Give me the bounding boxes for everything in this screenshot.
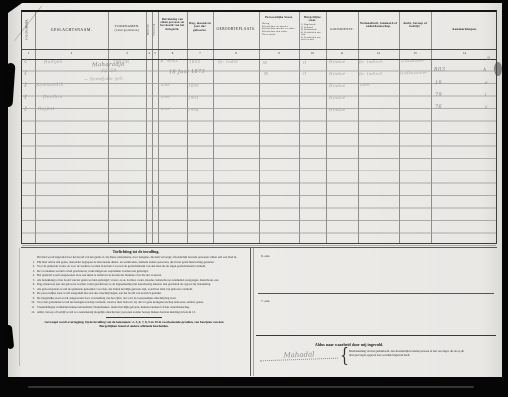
col-header-volgnommer: VOLGNOMMER. (27, 15, 30, 43)
entry-name-c: — Ramdjalie geb. (84, 76, 125, 82)
instructions-title: Toelichting tot de invulling. (36, 249, 236, 254)
entry-surname: Ramjas (44, 60, 63, 65)
col-header-mannelijk: Mannelijk. (148, 16, 151, 42)
col-number: 6 (158, 51, 187, 55)
entry-edge-mark: A (483, 68, 487, 73)
signature: Mahadal (260, 350, 338, 362)
panel-rule-1 (258, 293, 494, 294)
entry-surname: Rajpat (38, 107, 55, 112)
entry-remark: 803 (434, 67, 446, 73)
col-number: 11 (326, 51, 358, 55)
col-number: 9 (259, 51, 299, 55)
col-header-godsdienst: GODSDIENST. (327, 28, 357, 32)
entry-edge-mark: R (487, 57, 491, 62)
entry-occupation: landbouwster (400, 71, 427, 76)
col-header-betrekking: Betrekking van elken persoon tot het hoo… (159, 18, 186, 31)
scanned-register-page: VOLGNOMMER. GESLACHTSNAAM. VOORNAMEN. (v… (0, 0, 508, 397)
entry-remark: 76 (435, 104, 442, 110)
entry-relation: kind (161, 95, 170, 99)
entry-mark: ℓ (24, 93, 27, 101)
panel-rule-2 (256, 335, 496, 336)
col-number: 14 (431, 51, 498, 55)
entry-remark: 18 (435, 80, 442, 86)
entry-birthdate: 1901 (188, 95, 199, 100)
col-number: 12 (358, 51, 399, 55)
col-header-burgerlijke-staat: Burgerlijke staat. (300, 16, 325, 23)
register-table: VOLGNOMMER. GESLACHTSNAAM. VOORNAMEN. (v… (21, 10, 497, 244)
scanner-bed-streak (28, 386, 474, 388)
entry-edge-mark: i (485, 93, 487, 98)
col-header-geboorteplaats: GEBOORTEPLAATS. (214, 27, 258, 31)
entry-pstate: W. (264, 71, 269, 76)
entry-edge-mark: c (485, 105, 488, 110)
col-header-nationaliteit: Nationaliteit, landaard of onderdaanscha… (359, 22, 398, 29)
col-header-persoonlijke-staat: Persoonlijke Staat. (260, 16, 298, 19)
entry-surname: Doolhin (43, 95, 63, 100)
col-header-ambt: Ambt, beroep of bedrijf. (400, 22, 430, 29)
corner-cut-artifact (8, 3, 22, 13)
col-number: 8 (213, 51, 259, 55)
col-header-aanmerkingen: Aanmerkingen. (432, 28, 497, 32)
entry-religion: Hindoe (329, 83, 346, 88)
signature-note: Handteekening van het gezinshoofd, den a… (349, 350, 467, 357)
burgerlijke-staat-options: 1) Ongehuwd. 2) Gehuwd. 3) Weduwstaat. 4… (300, 24, 326, 42)
center-divider-line-2 (253, 248, 254, 376)
entry-relation: kind (161, 83, 170, 87)
entry-birthplace: Br. Indië (218, 59, 238, 64)
entry-birthdate: 18 Juni 1873 (169, 69, 205, 76)
entry-surname: Samsoedth (36, 83, 64, 89)
header-bottom-line (22, 59, 496, 60)
col-header-geslachtsnaam: GESLACHTSNAAM. (36, 28, 107, 32)
entry-nationality: Br. Indisch (359, 71, 383, 77)
entry-nationality: idem (360, 83, 370, 87)
header-separator-line (22, 49, 496, 50)
col-number: 10 (299, 51, 326, 55)
col-number: 2 (35, 51, 108, 55)
entry-relation: M. hoofd (160, 59, 178, 63)
voornamen-sublabel: (voluit geschreven.) (115, 29, 140, 32)
entry-relation: kind (161, 107, 170, 111)
entry-mark: ℓ (24, 57, 27, 65)
scan-blot-left-bottom (5, 325, 14, 350)
entry-edge-mark: e (485, 81, 488, 86)
entry-nationality: Br. Indisch (359, 59, 383, 65)
instructions-divider (106, 317, 162, 318)
left-margin-rule (19, 248, 20, 366)
entry-religion: Hindoe (329, 95, 346, 100)
entry-name-b: 32558 (101, 69, 117, 74)
voornamen-label: VOORNAMEN. (115, 24, 140, 28)
persoonlijke-staat-options: Wettig. Erkend door de moeder. Erkend do… (260, 23, 300, 36)
instructions-footnote: Gevraagd wordt overlegging, bij de invul… (36, 320, 232, 328)
panel-item-7: 7. enz. (261, 299, 270, 303)
col-number: 3 (108, 51, 146, 55)
attestation-text: Aldus naar waarheid door mij ingevuld. (264, 342, 434, 347)
col-header-vrouwelijk: Vrouwelijk. (154, 16, 157, 42)
instruction-paragraph: 12.Ambt, beroep of bedrijf wordt zoo nau… (22, 311, 246, 315)
col-number: 13 (399, 51, 431, 55)
col-header-voornamen: VOORNAMEN. (voluit geschreven.) (109, 25, 145, 33)
entry-religion: Hindoe (329, 71, 346, 76)
entry-cstate: O (303, 71, 307, 76)
entry-mark: ℓ (24, 81, 27, 89)
col-number: 1 (22, 51, 35, 55)
col-number: 7 (187, 51, 213, 55)
entry-pstate: W. (263, 60, 268, 65)
entry-occupation: landbouwer (401, 59, 424, 63)
paper-sheet: VOLGNOMMER. GESLACHTSNAAM. VOORNAMEN. (v… (8, 3, 502, 377)
entry-birthdate: 1855 (189, 59, 200, 64)
entry-mark: ℓ (24, 105, 27, 113)
center-divider-line (250, 248, 251, 376)
instruction-number: 12. (22, 311, 37, 315)
entry-name-a: Maharadja (92, 62, 125, 69)
entry-cstate: O (303, 60, 307, 65)
entry-birthdate: 1904 (188, 107, 199, 112)
instructions-block: Toelichting tot de invulling. Dit blad w… (22, 248, 246, 329)
panel-item-6: 6. enz. (261, 254, 270, 258)
table-row-gridlines (22, 59, 496, 246)
entry-remark: 79 (435, 92, 442, 98)
entry-birthdate: 1899 (188, 83, 199, 88)
entry-religion: Hindoe (329, 59, 346, 64)
instruction-text: Ambt, beroep of bedrijf wordt zoo nauwke… (37, 311, 246, 315)
entry-religion: Hindoe (329, 107, 346, 112)
col-header-geboortedatum: Dag, maand en jaar der geboorte. (188, 22, 212, 32)
entry-mark: ℓ (24, 69, 27, 77)
brace-glyph: { (340, 345, 349, 367)
scan-blot-left-top (3, 63, 15, 108)
